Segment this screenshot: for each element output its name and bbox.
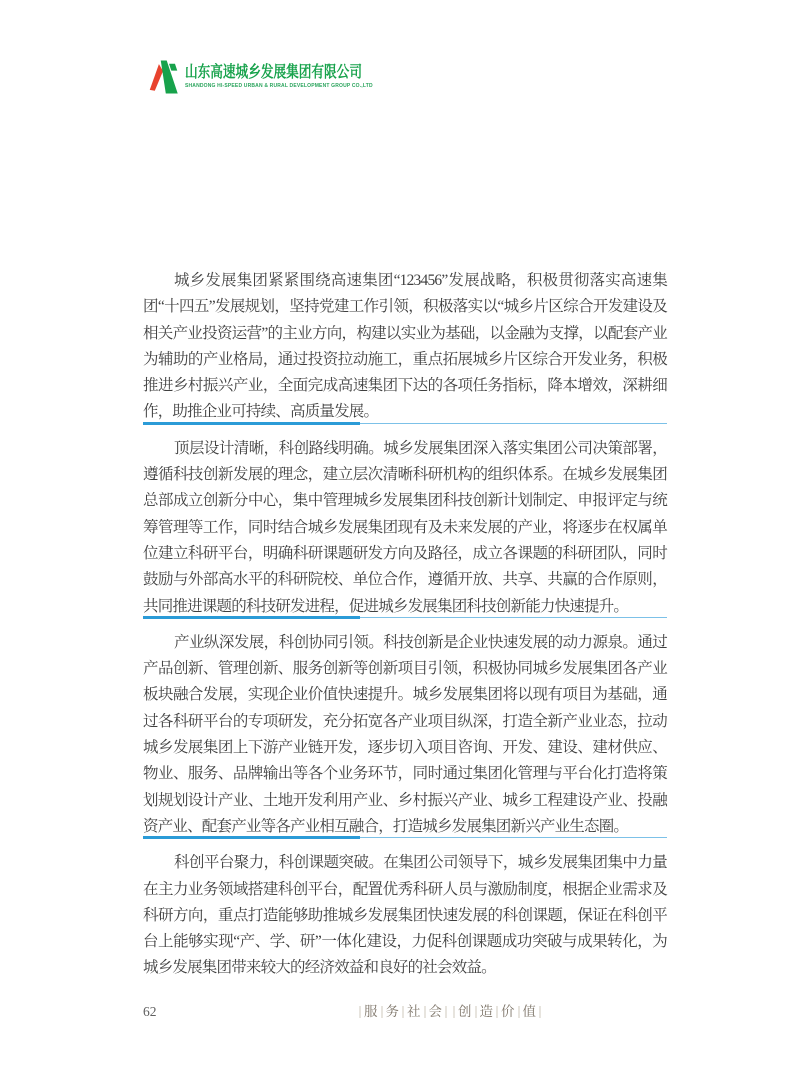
slogan-separator: [381, 1006, 382, 1018]
document-page: 山东高速城乡发展集团有限公司 SHANDONG HI-SPEED URBAN &…: [0, 0, 800, 1086]
divider-thin-segment: [360, 423, 667, 424]
divider-thin-segment: [360, 837, 667, 838]
slogan-separator: [540, 1006, 541, 1018]
footer-slogan: 服务社会创造价值: [360, 1004, 541, 1019]
logo-text: 山东高速城乡发展集团有限公司 SHANDONG HI-SPEED URBAN &…: [185, 64, 409, 89]
divider-thick-segment: [143, 836, 360, 839]
paragraph-2: 顶层设计清晰，科创路线明确。城乡发展集团深入落实集团公司决策部署，遵循科技创新发…: [143, 436, 667, 620]
slogan-char: 价: [501, 1004, 515, 1019]
paragraph-1: 城乡发展集团紧紧围绕高速集团“123456”发展战略，积极贯彻落实高速集团“十四…: [143, 268, 667, 426]
slogan-char: 会: [429, 1004, 443, 1019]
divider-thick-segment: [143, 616, 360, 619]
slogan-separator: [454, 1006, 455, 1018]
slogan-char: 务: [386, 1004, 400, 1019]
company-name-en: SHANDONG HI-SPEED URBAN & RURAL DEVELOPM…: [185, 83, 409, 89]
hi-speed-a-icon: [147, 57, 180, 97]
slogan-separator: [424, 1006, 425, 1018]
slogan-separator: [497, 1006, 498, 1018]
slogan-separator: [475, 1006, 476, 1018]
slogan-char: 值: [523, 1004, 537, 1019]
section-divider-1: [143, 422, 667, 425]
paragraph-3: 产业纵深发展，科创协同引领。科技创新是企业快速发展的动力源泉。通过产品创新、管理…: [143, 630, 667, 840]
page-number: 62: [143, 1004, 157, 1020]
slogan-char: 创: [458, 1004, 472, 1019]
slogan-separator: [403, 1006, 404, 1018]
slogan-separator: [518, 1006, 519, 1018]
slogan-char: 服: [364, 1004, 378, 1019]
company-name-zh: 山东高速城乡发展集团有限公司: [185, 64, 362, 81]
divider-thin-segment: [360, 617, 667, 618]
slogan-separator: [446, 1006, 447, 1018]
paragraph-4: 科创平台聚力，科创课题突破。在集团公司领导下，城乡发展集团集中力量在主力业务领域…: [143, 850, 667, 981]
divider-thick-segment: [143, 422, 360, 425]
slogan-separator: [360, 1006, 361, 1018]
slogan-char: 造: [480, 1004, 494, 1019]
body-content: 城乡发展集团紧紧围绕高速集团“123456”发展战略，积极贯彻落实高速集团“十四…: [143, 268, 667, 982]
company-logo: 山东高速城乡发展集团有限公司 SHANDONG HI-SPEED URBAN &…: [147, 57, 409, 97]
slogan-char: 社: [407, 1004, 421, 1019]
